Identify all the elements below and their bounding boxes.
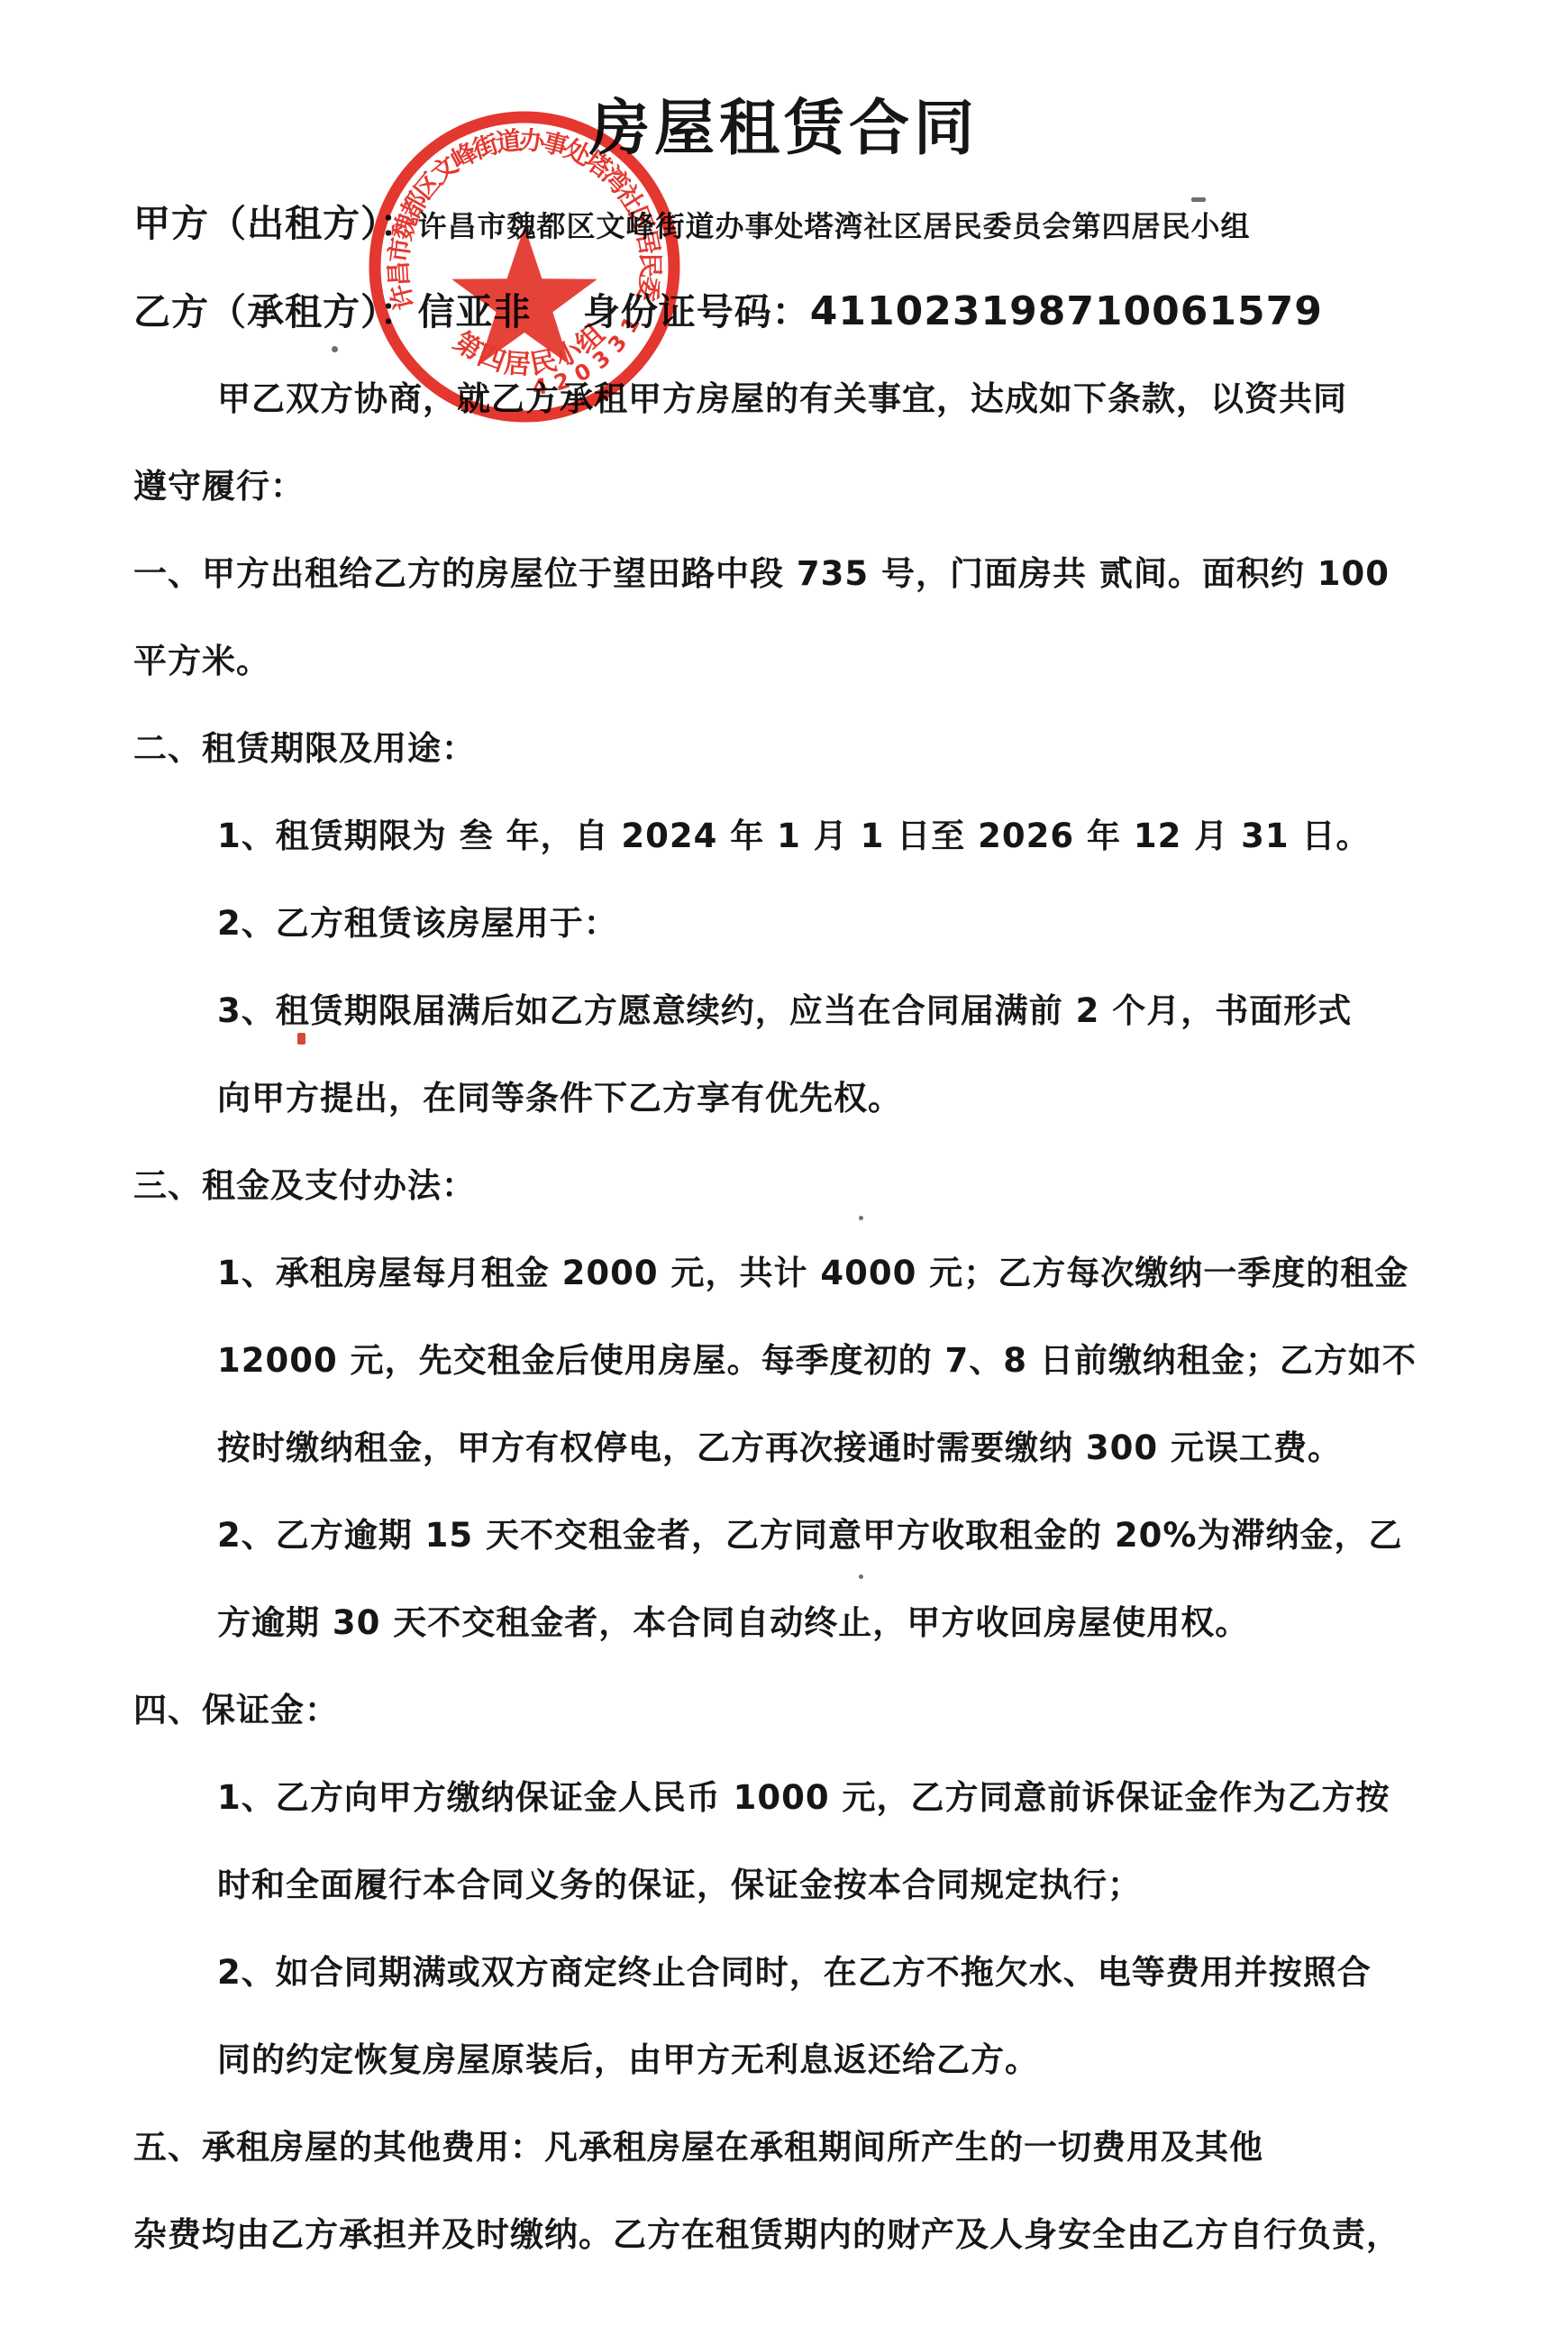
contract-line: 乙方（承租方）：信亚非 身份证号码：411023198710061579 [0,268,1568,355]
scan-artifact [297,1033,305,1045]
text-segment: 五、承租房屋的其他费用：凡承租房屋在承租期间所产生的一切费用及其他 [133,2128,1263,2167]
scan-artifact [332,346,338,352]
contract-line: 四、保证金： [0,1666,1568,1754]
text-segment: 4000 [820,1254,916,1292]
contract-line: 杂费均由乙方承担并及时缴纳。乙方在租赁期内的财产及人身安全由乙方自行负责， [0,2191,1568,2278]
contract-line: 甲方（出租方）：许昌市魏都区文峰街道办事处塔湾社区居民委员会第四居民小组 [0,180,1568,268]
page-title: 房屋租赁合同 [0,96,1568,162]
contract-line: 向甲方提出，在同等条件下乙方享有优先权。 [0,1054,1568,1142]
text-segment: 2、乙方租赁该房屋用于： [217,904,618,943]
text-segment: 2、如合同期满或双方商定终止合同时，在乙方不拖欠水、电等费用并按照合 [217,1953,1372,1992]
official-seal-stamp: 许昌市魏都区文峰街道办事处塔湾社区居民委员会 第四居民小组 420331 [358,100,691,433]
text-segment: 1000 [734,1778,830,1817]
contract-line: 1、承租房屋每月租金 2000 元，共计 4000 元；乙方每次缴纳一季度的租金 [0,1229,1568,1317]
contract-line: 同的约定恢复房屋原装后，由甲方无利息返还给乙方。 [0,2016,1568,2103]
text-segment: 四、保证金： [133,1691,339,1729]
text-segment: 一、甲方出租给乙方的房屋位于望田路中段 735 号，门面房共 贰间。面积约 10… [133,554,1390,593]
contract-line: 甲乙双方协商，就乙方承租甲方房屋的有关事宜，达成如下条款，以资共同 [0,355,1568,443]
text-segment: 二、租赁期限及用途： [133,729,476,768]
text-segment: 元，先交租金后使用房屋。每季度初的 7、8 日前缴纳租金；乙方如不 [338,1341,1417,1380]
text-segment: 按时缴纳租金，甲方有权停电，乙方再次接通时需要缴纳 300 元误工费。 [217,1428,1342,1467]
text-segment: 1、租赁期限为 叁 年，自 2024 年 1 月 1 日至 2026 年 12 … [217,817,1371,855]
scan-artifact [859,1574,863,1579]
contract-line: 三、租金及支付办法： [0,1142,1568,1229]
text-segment: 2、乙方逾期 15 天不交租金者，乙方同意甲方收取租金的 20%为滞纳金，乙 [217,1516,1402,1555]
contract-line: 方逾期 30 天不交租金者，本合同自动终止，甲方收回房屋使用权。 [0,1579,1568,1666]
contract-line: 2、乙方租赁该房屋用于： [0,880,1568,967]
contract-line: 1、乙方向甲方缴纳保证金人民币 1000 元，乙方同意前诉保证金作为乙方按 [0,1754,1568,1841]
contract-body: 甲方（出租方）：许昌市魏都区文峰街道办事处塔湾社区居民委员会第四居民小组乙方（承… [0,180,1568,2278]
text-segment: 方逾期 30 天不交租金者，本合同自动终止，甲方收回房屋使用权。 [217,1603,1249,1642]
scan-artifact [1191,197,1206,202]
contract-line: 1、租赁期限为 叁 年，自 2024 年 1 月 1 日至 2026 年 12 … [0,792,1568,880]
text-segment: 12000 [217,1341,338,1380]
scan-artifact [859,1216,863,1220]
text-segment: 同的约定恢复房屋原装后，由甲方无利息返还给乙方。 [217,2040,1039,2079]
text-segment: 遵守履行： [133,467,305,506]
contract-line: 按时缴纳租金，甲方有权停电，乙方再次接通时需要缴纳 300 元误工费。 [0,1404,1568,1492]
contract-line: 2、如合同期满或双方商定终止合同时，在乙方不拖欠水、电等费用并按照合 [0,1929,1568,2016]
text-segment: 元，乙方同意前诉保证金作为乙方按 [830,1778,1390,1817]
text-segment: 411023198710061579 [810,288,1323,334]
contract-line: 平方米。 [0,617,1568,705]
contract-line: 12000 元，先交租金后使用房屋。每季度初的 7、8 日前缴纳租金；乙方如不 [0,1317,1568,1404]
text-segment: 元，共计 [659,1254,821,1292]
contract-line: 五、承租房屋的其他费用：凡承租房屋在承租期间所产生的一切费用及其他 [0,2103,1568,2191]
contract-line: 一、甲方出租给乙方的房屋位于望田路中段 735 号，门面房共 贰间。面积约 10… [0,530,1568,617]
text-segment: 杂费均由乙方承担并及时缴纳。乙方在租赁期内的财产及人身安全由乙方自行负责， [133,2215,1400,2254]
text-segment: 时和全面履行本合同义务的保证，保证金按本合同规定执行； [217,1866,1142,1904]
text-segment: 1、承租房屋每月租金 [217,1254,562,1292]
text-segment: 3、租赁期限届满后如乙方愿意续约，应当在合同届满前 2 个月，书面形式 [217,991,1352,1030]
contract-line: 遵守履行： [0,443,1568,530]
contract-line: 二、租赁期限及用途： [0,705,1568,792]
contract-page: 房屋租赁合同 甲方（出租方）：许昌市魏都区文峰街道办事处塔湾社区居民委员会第四居… [0,0,1568,2336]
text-segment: 平方米。 [133,642,270,680]
text-segment: 1、乙方向甲方缴纳保证金人民币 [217,1778,734,1817]
contract-line: 时和全面履行本合同义务的保证，保证金按本合同规定执行； [0,1841,1568,1929]
contract-line: 2、乙方逾期 15 天不交租金者，乙方同意甲方收取租金的 20%为滞纳金，乙 [0,1492,1568,1579]
text-segment: 2000 [562,1254,659,1292]
text-segment: 三、租金及支付办法： [133,1166,476,1205]
contract-line: 3、租赁期限届满后如乙方愿意续约，应当在合同届满前 2 个月，书面形式 [0,967,1568,1054]
text-segment: 元；乙方每次缴纳一季度的租金 [916,1254,1408,1292]
text-segment: 向甲方提出，在同等条件下乙方享有优先权。 [217,1079,902,1118]
